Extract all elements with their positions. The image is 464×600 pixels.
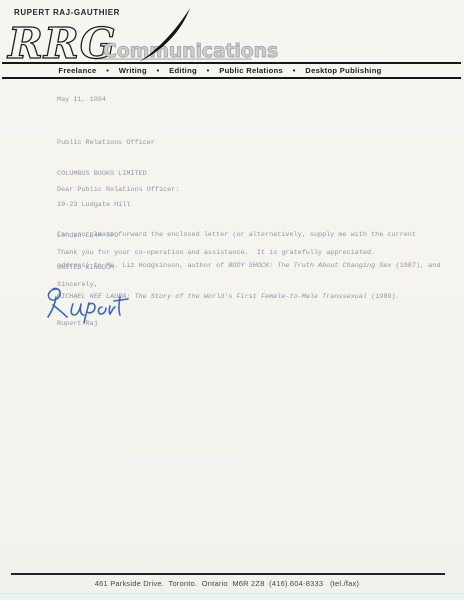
letterhead-owner-name: RUPERT RAJ-GAUTHIER (14, 8, 120, 17)
recipient-line: COLUMBUS BOOKS LIMITED (57, 169, 155, 179)
letterhead-services: Freelance • Writing • Editing • Public R… (0, 66, 440, 75)
footer-rule (11, 573, 445, 575)
signature-stroke (98, 307, 106, 314)
paragraph-line: Can you please forward the enclosed lett… (57, 230, 440, 240)
salutation: Dear Public Relations Officer: (57, 185, 179, 195)
body-paragraph-2: Thank you for your co-operation and assi… (57, 248, 375, 258)
scan-edge-strip (0, 593, 464, 600)
signature-stroke (71, 304, 84, 315)
recipient-line: Public Relations Officer (57, 138, 155, 148)
signature-stroke (109, 306, 115, 314)
signature-stroke (114, 299, 128, 301)
letter-date: May 11, 1994 (57, 95, 106, 105)
logo-initials: RRG (7, 19, 117, 66)
logo-wordmark: Communications (103, 40, 278, 62)
signature-handwriting (44, 286, 136, 326)
signature-stroke (53, 305, 67, 317)
scanned-letter-page: RUPERT RAJ-GAUTHIER RRG Communications F… (0, 0, 464, 600)
book-title-italic: BODY SHOCK: The Truth About Changing Sex (228, 262, 391, 270)
paragraph-line: address) to Ms. Liz Hodgkinson, author o… (57, 261, 440, 271)
letterhead-rule-bottom (2, 77, 461, 79)
footer-contact-line: 461 Parkside Drive. Toronto. Ontario M6R… (0, 579, 454, 588)
signature-stroke (48, 288, 60, 300)
